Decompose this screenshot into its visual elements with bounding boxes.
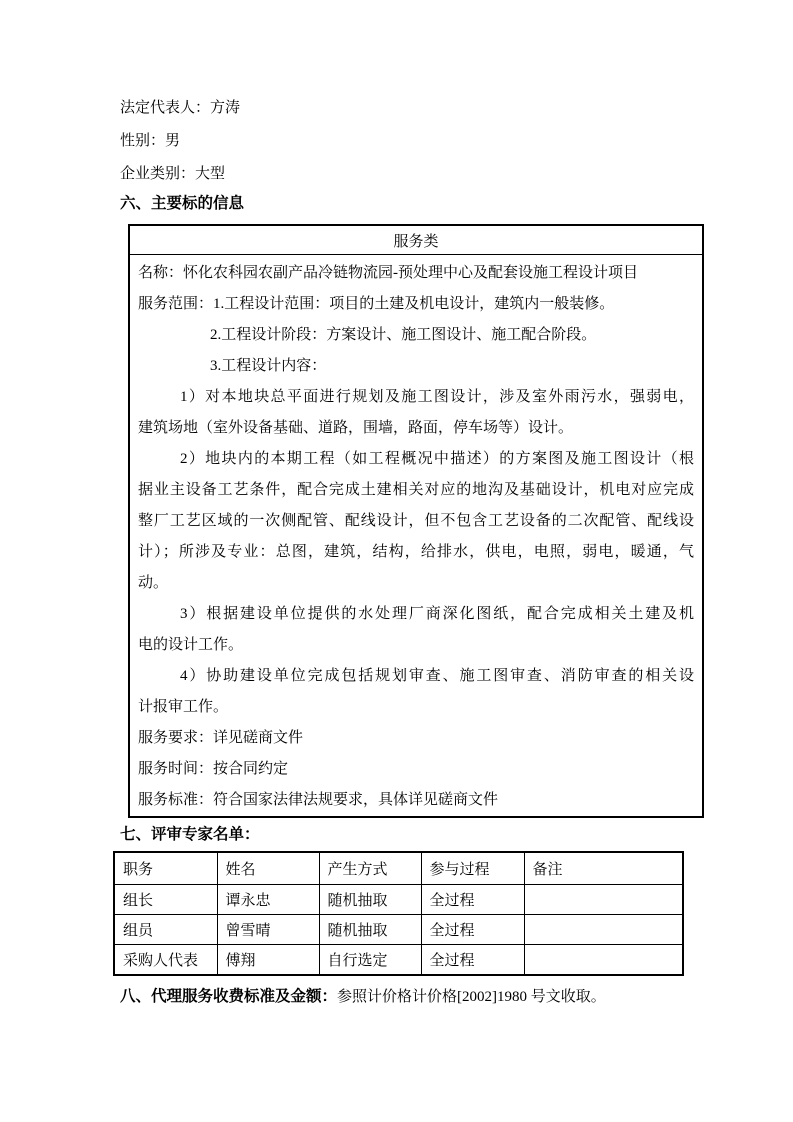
experts-column-header: 职务 [114,852,217,885]
service-line: 3）根据建设单位提供的水处理厂商深化图纸，配合完成相关土建及机 [138,599,694,630]
experts-table-cell [524,915,683,945]
experts-table-cell: 全过程 [421,885,524,915]
section-6-heading: 六、主要标的信息 [120,193,793,215]
service-line: 名称：怀化农科园农副产品冷链物流园-预处理中心及配套设施工程设计项目 [138,258,694,289]
service-line: 动。 [138,568,694,599]
service-line: 服务要求：详见磋商文件 [138,723,694,754]
experts-column-header: 备注 [524,852,683,885]
service-line: 服务时间：按合同约定 [138,754,694,785]
experts-table-cell: 自行选定 [319,945,421,976]
experts-table-row: 组长谭永忠随机抽取全过程 [114,885,683,915]
service-line: 据业主设备工艺条件，配合完成土建相关对应的地沟及基础设计，机电对应完成 [138,475,694,506]
info-line-2: 企业类别：大型 [120,158,793,191]
experts-table-cell: 随机抽取 [319,885,421,915]
service-line: 整厂工艺区域的一次侧配管、配线设计，但不包含工艺设备的二次配管、配线设 [138,506,694,537]
legal-rep-info-block: 法定代表人：方涛性别：男企业类别：大型 [120,92,793,191]
section-7-heading: 七、评审专家名单： [120,824,793,846]
service-line: 服务范围：1.工程设计范围：项目的土建及机电设计，建筑内一般装修。 [138,289,694,320]
experts-column-header: 参与过程 [421,852,524,885]
experts-table-cell: 组长 [114,885,217,915]
service-line: 建筑场地（室外设备基础、道路，围墙，路面，停车场等）设计。 [138,413,694,444]
experts-column-header: 产生方式 [319,852,421,885]
experts-table-cell: 曾雪晴 [217,915,319,945]
experts-table-cell [524,885,683,915]
service-line: 4）协助建设单位完成包括规划审查、施工图审查、消防审查的相关设 [138,661,694,692]
experts-table-cell: 谭永忠 [217,885,319,915]
service-line: 服务标准：符合国家法律法规要求，具体详见磋商文件 [138,785,694,816]
service-line: 2）地块内的本期工程（如工程概况中描述）的方案图及施工图设计（根 [138,444,694,475]
experts-table-cell: 组员 [114,915,217,945]
experts-table-cell: 傅翔 [217,945,319,976]
service-line: 2.工程设计阶段：方案设计、施工图设计、施工配合阶段。 [138,320,694,351]
experts-table-cell: 全过程 [421,915,524,945]
document-page: 法定代表人：方涛性别：男企业类别：大型 六、主要标的信息 服务类 名称：怀化农科… [0,0,793,1008]
experts-header-row: 职务姓名产生方式参与过程备注 [114,852,683,885]
service-info-table: 服务类 名称：怀化农科园农副产品冷链物流园-预处理中心及配套设施工程设计项目服务… [128,224,704,818]
service-table-header: 服务类 [129,225,703,255]
experts-column-header: 姓名 [217,852,319,885]
info-line-0: 法定代表人：方涛 [120,92,793,125]
experts-table-row: 采购人代表傅翔自行选定全过程 [114,945,683,976]
section-8-line: 八、代理服务收费标准及金额：参照计价格计价格[2002]1980 号文收取。 [120,986,793,1008]
experts-table-cell: 采购人代表 [114,945,217,976]
service-table-content-cell: 名称：怀化农科园农副产品冷链物流园-预处理中心及配套设施工程设计项目服务范围：1… [129,255,703,818]
experts-table-cell: 全过程 [421,945,524,976]
info-line-1: 性别：男 [120,125,793,158]
service-line: 1）对本地块总平面进行规划及施工图设计，涉及室外雨污水，强弱电， [138,382,694,413]
experts-table-cell [524,945,683,976]
service-line: 电的设计工作。 [138,630,694,661]
experts-table: 职务姓名产生方式参与过程备注 组长谭永忠随机抽取全过程组员曾雪晴随机抽取全过程采… [113,851,684,976]
service-line: 计报审工作。 [138,692,694,723]
experts-table-row: 组员曾雪晴随机抽取全过程 [114,915,683,945]
experts-table-cell: 随机抽取 [319,915,421,945]
section-8-heading: 八、代理服务收费标准及金额： [120,988,337,1005]
service-line: 3.工程设计内容： [138,351,694,382]
service-line: 计）；所涉及专业：总图，建筑，结构，给排水，供电，电照，弱电，暖通，气 [138,537,694,568]
section-8-value: 参照计价格计价格[2002]1980 号文收取。 [337,989,606,1005]
